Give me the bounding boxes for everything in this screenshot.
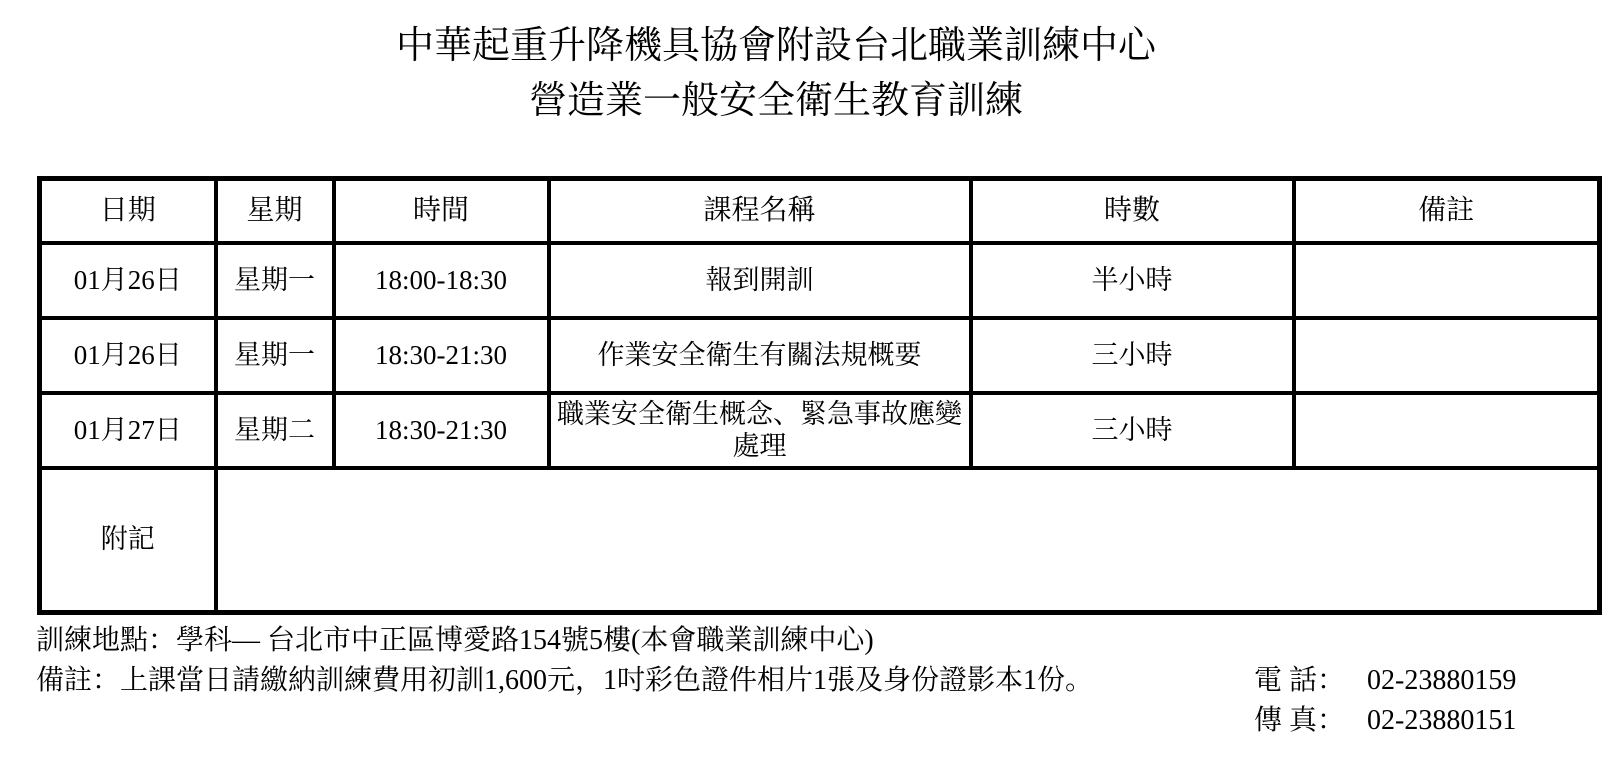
cell-note <box>1294 243 1600 318</box>
footer-section: 訓練地點：學科— 台北市中正區博愛路154號5樓(本會職業訓練中心) 備註：上課… <box>36 621 1590 701</box>
header-time: 時間 <box>334 178 549 243</box>
table-row: 01月26日 星期一 18:30-21:30 作業安全衛生有關法規概要 三小時 <box>40 318 1600 393</box>
table-row: 01月26日 星期一 18:00-18:30 報到開訓 半小時 <box>40 243 1600 318</box>
header-date: 日期 <box>40 178 216 243</box>
phone-label: 電 話： <box>1254 661 1345 701</box>
document-page: 中華起重升降機具協會附設台北職業訓練中心 營造業一般安全衛生教育訓練 日期 星期… <box>0 0 1622 773</box>
cell-weekday: 星期一 <box>216 243 334 318</box>
table-row: 01月27日 星期二 18:30-21:30 職業安全衛生概念、緊急事故應變處理… <box>40 393 1600 468</box>
document-subtitle: 營造業一般安全衛生教育訓練 <box>36 79 1516 124</box>
appendix-label: 附記 <box>40 468 216 613</box>
cell-date: 01月26日 <box>40 318 216 393</box>
cell-course: 作業安全衛生有關法規概要 <box>549 318 971 393</box>
contact-block: 電 話：02-23880159 傳 真：02-23880151 <box>1254 661 1516 741</box>
cell-weekday: 星期一 <box>216 318 334 393</box>
cell-weekday: 星期二 <box>216 393 334 468</box>
cell-date: 01月27日 <box>40 393 216 468</box>
cell-time: 18:30-21:30 <box>334 393 549 468</box>
table-row-appendix: 附記 <box>40 468 1600 613</box>
phone-number: 02-23880159 <box>1367 665 1516 696</box>
remark-label: 備註： <box>36 665 120 696</box>
cell-date: 01月26日 <box>40 243 216 318</box>
header-weekday: 星期 <box>216 178 334 243</box>
cell-note <box>1294 393 1600 468</box>
remark-value: 上課當日請繳納訓練費用初訓1,600元，1吋彩色證件相片1張及身份證影本1份。 <box>120 665 1093 696</box>
cell-note <box>1294 318 1600 393</box>
cell-hours: 三小時 <box>971 318 1294 393</box>
header-course: 課程名稱 <box>549 178 971 243</box>
table-header-row: 日期 星期 時間 課程名稱 時數 備註 <box>40 178 1600 243</box>
fax-label: 傳 真： <box>1254 701 1345 741</box>
training-location-value: 學科— 台北市中正區博愛路154號5樓(本會職業訓練中心) <box>176 625 874 656</box>
fax-number: 02-23880151 <box>1367 705 1516 736</box>
cell-course: 報到開訓 <box>549 243 971 318</box>
cell-time: 18:00-18:30 <box>334 243 549 318</box>
header-hours: 時數 <box>971 178 1294 243</box>
training-location-line: 訓練地點：學科— 台北市中正區博愛路154號5樓(本會職業訓練中心) <box>36 621 1590 661</box>
cell-time: 18:30-21:30 <box>334 318 549 393</box>
cell-hours: 半小時 <box>971 243 1294 318</box>
document-title: 中華起重升降機具協會附設台北職業訓練中心 <box>36 24 1516 69</box>
schedule-table: 日期 星期 時間 課程名稱 時數 備註 01月26日 星期一 18:00-18:… <box>37 176 1602 615</box>
cell-course: 職業安全衛生概念、緊急事故應變處理 <box>549 393 971 468</box>
training-location-label: 訓練地點： <box>36 625 176 656</box>
phone-line: 電 話：02-23880159 <box>1254 661 1516 701</box>
fax-line: 傳 真：02-23880151 <box>1254 701 1516 741</box>
header-note: 備註 <box>1294 178 1600 243</box>
cell-hours: 三小時 <box>971 393 1294 468</box>
title-block: 中華起重升降機具協會附設台北職業訓練中心 營造業一般安全衛生教育訓練 <box>36 0 1516 124</box>
appendix-content <box>216 468 1600 613</box>
